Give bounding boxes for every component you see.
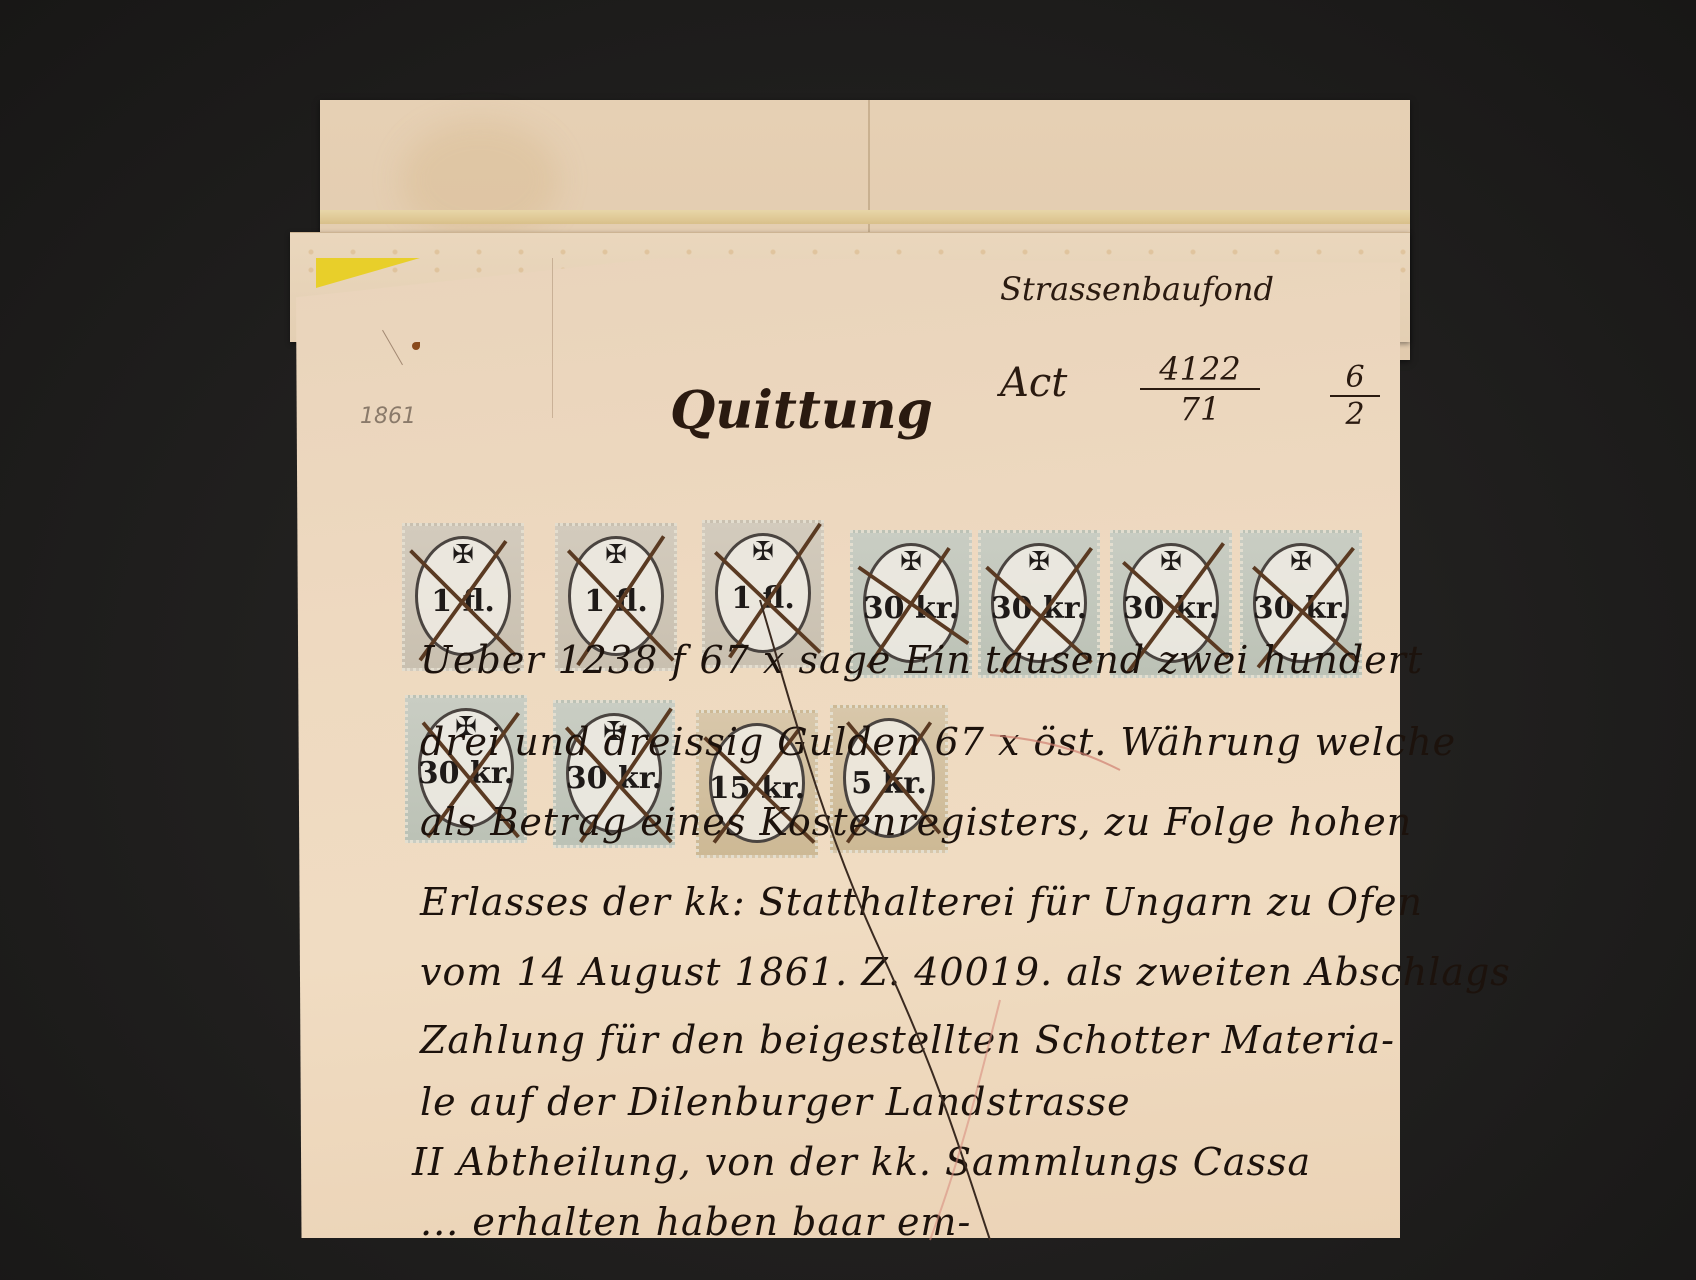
handwritten-line: II Abtheilung, von der kk. Sammlungs Cas… [412,1140,1311,1184]
double-eagle-icon: ✠ [605,540,627,570]
document-header: Strassenbaufond [1000,270,1274,308]
handwritten-line: le auf der Dilenburger Landstrasse [420,1080,1131,1124]
double-eagle-icon: ✠ [1028,547,1050,577]
double-eagle-icon: ✠ [752,537,774,567]
pencil-year-note: 1861 [360,404,416,429]
double-eagle-icon: ✠ [452,540,474,570]
handwritten-line: Ueber 1238 f 67 x sage Ein tausend zwei … [420,638,1423,682]
ink-spot [412,342,420,350]
double-eagle-icon: ✠ [1290,547,1312,577]
double-eagle-icon: ✠ [900,547,922,577]
act-number: 4122 71 [1140,350,1260,428]
fold-crease [552,258,553,418]
handwritten-line: als Betrag eines Kostenregisters, zu Fol… [420,800,1412,844]
handwritten-line: drei und dreissig Gulden 67 x öst. Währu… [420,720,1456,764]
act-label: Act [1000,360,1067,406]
middle-sheet-edge [320,210,1410,224]
handwritten-line: vom 14 August 1861. Z. 40019. als zweite… [420,950,1511,994]
double-eagle-icon: ✠ [1160,547,1182,577]
handwritten-line: ... erhalten haben baar em- [420,1200,971,1244]
document-title: Quittung [670,380,933,441]
folio-fraction: 6 2 [1330,360,1380,432]
handwritten-line: Erlasses der kk: Statthalterei für Ungar… [420,880,1423,924]
handwritten-line: Zahlung für den beigestellten Schotter M… [420,1018,1395,1062]
